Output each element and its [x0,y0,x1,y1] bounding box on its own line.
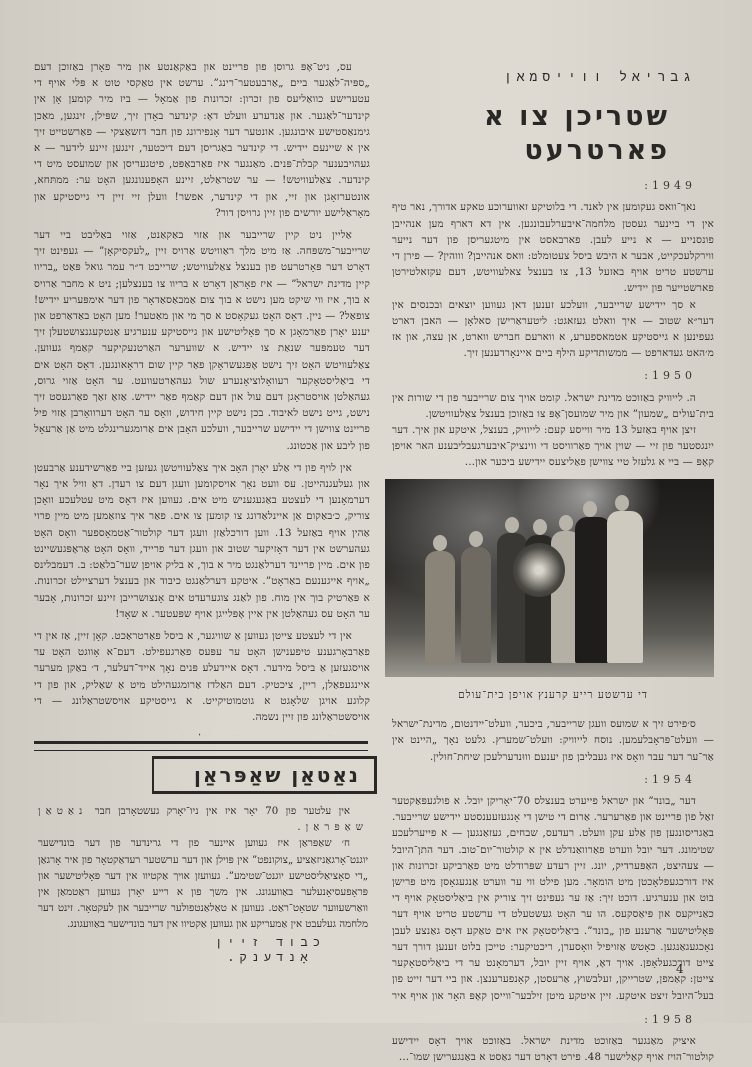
article-title: שטריכן צו א פארטרעט [392,100,670,168]
photo-figure [575,517,611,663]
article-paragraph: ס׳פירט זיך א שמועס וועגן שרייבער, ביכער,… [392,717,714,766]
section-year: :1949 [392,178,696,194]
obituary-heading-box: נאַטאַן שאַפּראַן [152,756,377,794]
continuation-paragraph: אַליין ניט קיין שרייבער און אַזוי באַקאַ… [34,228,370,455]
article-author: גבריאל ווייסמאן [392,70,696,86]
article-paragraph: א סך יידישע שרייבער, וועלכע זענען דאן גע… [392,298,714,363]
obituary-lead: אין עלטער פון 70 יאָר איז אין ניו־יאָרק … [38,804,368,836]
section-year: :1950 [392,368,696,384]
photo-figure [425,551,455,663]
magazine-page: גבריאל ווייסמאן שטריכן צו א פארטרעט :194… [0,0,752,1023]
cemetery-photo [385,479,714,677]
article-paragraph: דער „בונד” און ישראל פייערט בענצלס 70־יא… [392,794,714,1006]
continuation-paragraph: אין לויף פון די אַלע יאָרן האָב איך צאַל… [34,461,370,623]
photo-caption: די ערשטע רייע קרענץ אויפן בית־עולם [392,687,714,703]
continuation-paragraph: עס, ניט־אָפּ גרוסן פון פריינט און באַקאַ… [34,60,370,222]
obituary-body: ח׳ שאַפּראַן איז געווען איינער פון די גר… [38,836,368,933]
continuation-paragraph: אין די לעצטע צייטן געווען אַ שוויגער, א … [34,629,370,726]
section-year: :1954 [392,772,696,788]
article-paragraph: ה. לייוויק באַזוכט מדינת ישראל. קומט אוי… [392,391,714,423]
article-paragraph: זיצן אויף באַזעל 13 מיר ווייסע קעם: לייו… [392,423,714,471]
article-column: גבריאל ווייסמאן שטריכן צו א פארטרעט :194… [392,40,714,1023]
obituary-title: נאַטאַן שאַפּראַן [194,763,360,787]
section-divider [34,741,368,751]
obituary-lead-text: אין עלטער פון 70 יאָר איז אין ניו־יאָרק … [95,806,350,817]
page-number: 4 [676,962,684,976]
continuation-paragraph: מיר איז יענעם אָוונט נישט איינגעפאַלן, א… [34,732,370,736]
article-paragraph: נאך־וואס געקומען אין לאנד. די בלוטיקע זא… [392,200,714,297]
obituary-closing: כבוד זיין אָנדענק. [180,935,360,965]
obituary-text: אין עלטער פון 70 יאָר איז אין ניו־יאָרק … [38,804,368,934]
flower-wreath [513,543,565,597]
continuation-column: עס, ניט־אָפּ גרוסן פון פריינט און באַקאַ… [34,60,370,736]
section-year: :1958 [392,1012,696,1023]
photo-figure [461,547,491,663]
photo-figure [607,511,643,663]
